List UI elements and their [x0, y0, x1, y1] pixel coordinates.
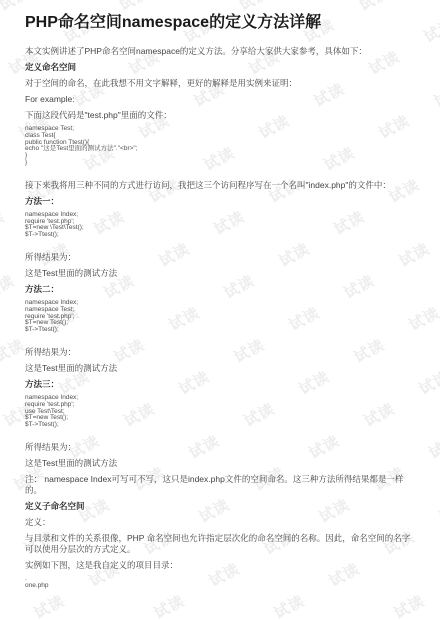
- code-block: .one.php: [25, 576, 418, 590]
- code-line: $T->Ttest();: [25, 422, 418, 429]
- code-line: require 'test.php';: [25, 314, 418, 321]
- code-line: }: [25, 160, 418, 167]
- code-line: $T->Ttest();: [25, 232, 418, 239]
- paragraph: 定义：: [25, 517, 418, 528]
- paragraph: 与目录和文件的关系很像，PHP 命名空间也允许指定层次化的命名空间的名称。因此，…: [25, 533, 418, 555]
- code-block: namespace Index;require 'test.php';use T…: [25, 395, 418, 429]
- section-heading: 定义命名空间: [25, 62, 418, 73]
- section-heading: 方法一：: [25, 196, 418, 207]
- watermark-text: 试读: [150, 590, 188, 620]
- code-line: require 'test.php';: [25, 402, 418, 409]
- paragraph: 这是Test里面的测试方法: [25, 268, 418, 279]
- code-line: use Test\Test;: [25, 409, 418, 416]
- code-block: namespace Test;class Test{public functio…: [25, 126, 418, 167]
- watermark-text: 试读: [390, 590, 428, 620]
- code-line: $T=new Test();: [25, 320, 418, 327]
- watermark-text: 试读: [30, 590, 68, 620]
- paragraph: 下面这段代码是"test.php"里面的文件：: [25, 110, 418, 121]
- code-line: namespace Test;: [25, 307, 418, 314]
- paragraph: 这是Test里面的测试方法: [25, 363, 418, 374]
- paragraph: 所得结果为：: [25, 252, 418, 263]
- code-line: }: [25, 153, 418, 160]
- paragraph: For example:: [25, 94, 418, 105]
- code-line: namespace Index;: [25, 300, 418, 307]
- code-line: echo "这是Test里面的测试方法"."<br>";: [25, 146, 418, 153]
- code-line: .: [25, 576, 418, 583]
- article-body: 本文实例讲述了PHP命名空间namespace的定义方法。分享给大家供大家参考，…: [25, 46, 418, 590]
- paragraph: 这是Test里面的测试方法: [25, 458, 418, 469]
- section-heading: 定义子命名空间: [25, 501, 418, 512]
- code-line: namespace Test;: [25, 126, 418, 133]
- paragraph: 所得结果为：: [25, 442, 418, 453]
- section-heading: 方法二：: [25, 284, 418, 295]
- document-page: 试读试读试读试读试读试读试读试读试读试读试读试读试读试读试读试读试读试读试读试读…: [0, 0, 440, 620]
- code-line: $T=new Test();: [25, 415, 418, 422]
- watermark-text: 试读: [270, 590, 308, 620]
- code-line: one.php: [25, 583, 418, 590]
- code-line: $T->Ttest();: [25, 327, 418, 334]
- code-line: namespace Index;: [25, 395, 418, 402]
- paragraph: 对于空间的命名，在此我想不用文字解释，更好的解释是用实例来证明：: [25, 78, 418, 89]
- page-title: PHP命名空间namespace的定义方法详解: [25, 13, 418, 33]
- section-heading: 方法三：: [25, 379, 418, 390]
- article-content: PHP命名空间namespace的定义方法详解 本文实例讲述了PHP命名空间na…: [0, 0, 440, 590]
- code-block: namespace Index;namespace Test;require '…: [25, 300, 418, 334]
- paragraph: 接下来我将用三种不同的方式进行访问，我把这三个访问程序写在一个名叫"index.…: [25, 180, 418, 191]
- code-line: $T=new \Test\Test();: [25, 225, 418, 232]
- code-block: namespace Index;require 'test.php';$T=ne…: [25, 212, 418, 239]
- paragraph: 所得结果为：: [25, 347, 418, 358]
- paragraph: 本文实例讲述了PHP命名空间namespace的定义方法。分享给大家供大家参考，…: [25, 46, 418, 57]
- paragraph: 实例如下图，这是我自定义的项目目录：: [25, 560, 418, 571]
- code-line: namespace Index;: [25, 212, 418, 219]
- paragraph: 注： namespace Index可写可不写，这只是index.php文件的空…: [25, 474, 418, 496]
